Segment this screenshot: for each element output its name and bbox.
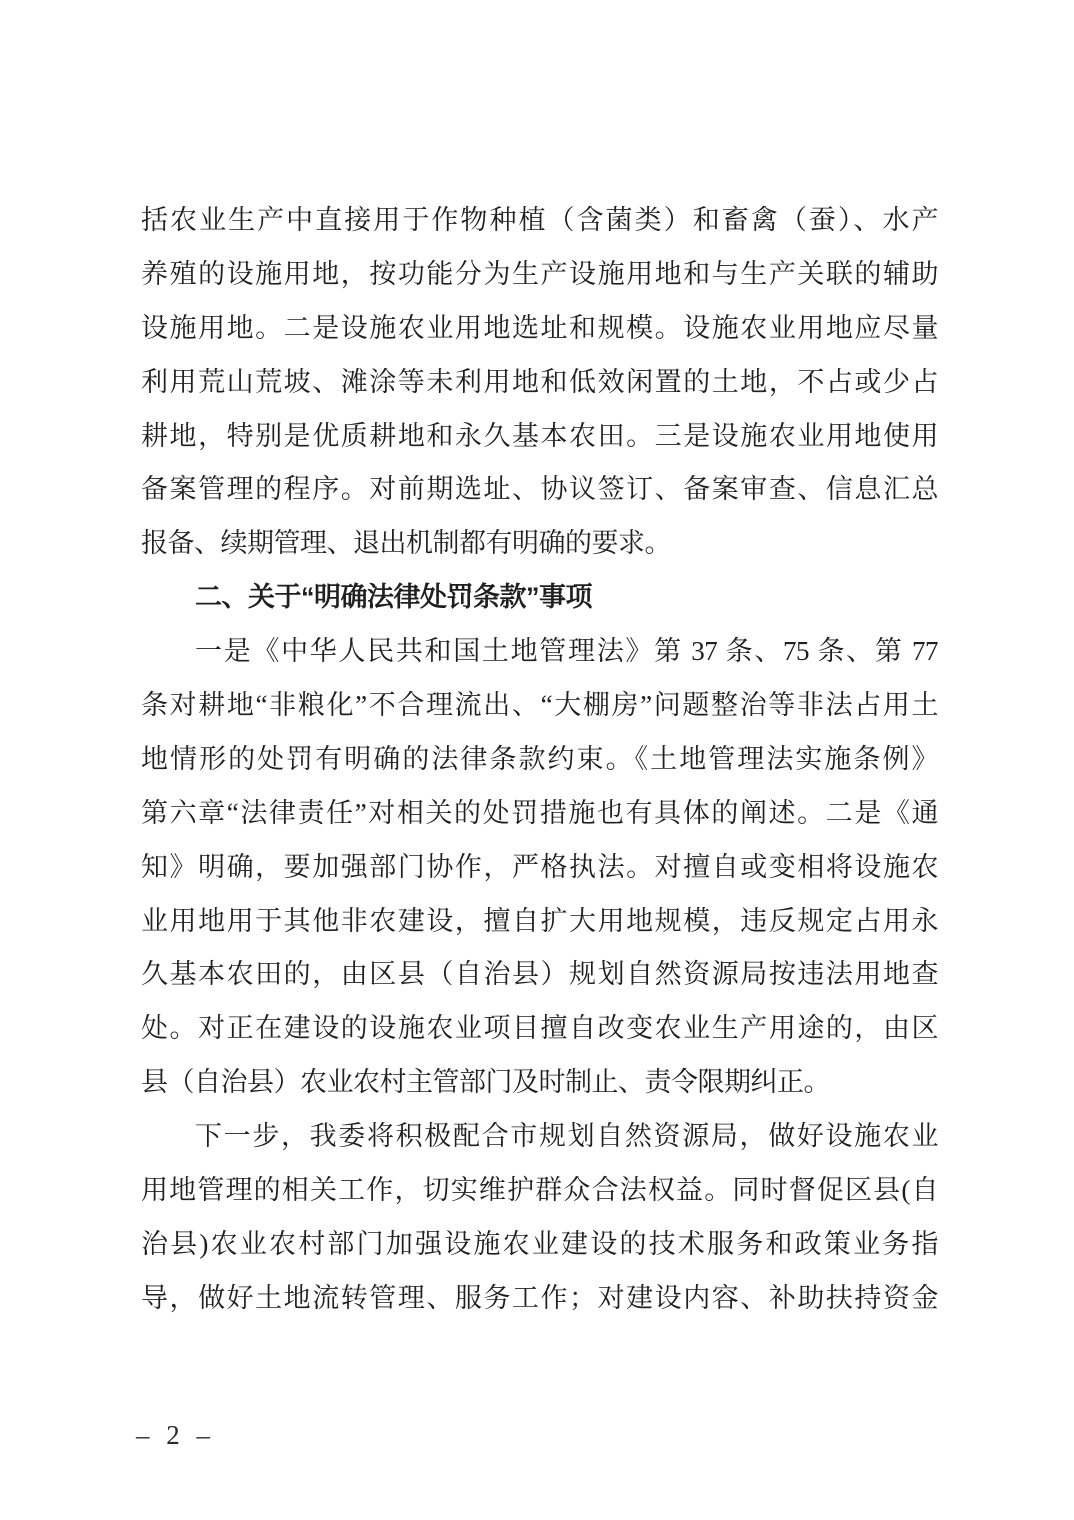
text-line: 设施用地。二是设施农业用地选址和规模。设施农业用地应尽量 — [141, 302, 938, 356]
text-line: 利用荒山荒坡、滩涂等未利用地和低效闲置的土地，不占或少占 — [141, 356, 938, 410]
text-line: 下一步，我委将积极配合市规划自然资源局，做好设施农业 — [141, 1110, 938, 1164]
paragraph: 一是《中华人民共和国土地管理法》第 37 条、75 条、第 77条对耕地“非粮化… — [141, 625, 938, 1110]
text-line: 地情形的处罚有明确的法律条款约束。《土地管理法实施条例》 — [141, 733, 938, 787]
text-line: 治县)农业农村部门加强设施农业建设的技术服务和政策业务指 — [141, 1218, 938, 1272]
text-line: 久基本农田的，由区县（自治县）规划自然资源局按违法用地查 — [141, 948, 938, 1002]
text-line: 括农业生产中直接用于作物种植（含菌类）和畜禽（蚕）、水产 — [141, 194, 938, 248]
document-body: 括农业生产中直接用于作物种植（含菌类）和畜禽（蚕）、水产养殖的设施用地，按功能分… — [141, 194, 938, 1326]
section-heading-text: 二、关于“明确法律处罚条款”事项 — [141, 571, 938, 625]
text-line: 养殖的设施用地，按功能分为生产设施用地和与生产关联的辅助 — [141, 248, 938, 302]
text-line: 备案管理的程序。对前期选址、协议签订、备案审查、信息汇总 — [141, 463, 938, 517]
page-number: – 2 – — [136, 1408, 215, 1462]
paragraph: 括农业生产中直接用于作物种植（含菌类）和畜禽（蚕）、水产养殖的设施用地，按功能分… — [141, 194, 938, 571]
text-line: 县（自治县）农业农村主管部门及时制止、责令限期纠正。 — [141, 1056, 938, 1110]
text-line: 导，做好土地流转管理、服务工作；对建设内容、补助扶持资金 — [141, 1272, 938, 1326]
text-line: 知》明确，要加强部门协作，严格执法。对擅自或变相将设施农 — [141, 841, 938, 895]
text-line: 第六章“法律责任”对相关的处罚措施也有具体的阐述。二是《通 — [141, 787, 938, 841]
text-line: 一是《中华人民共和国土地管理法》第 37 条、75 条、第 77 — [141, 625, 938, 679]
document-page: 括农业生产中直接用于作物种植（含菌类）和畜禽（蚕）、水产养殖的设施用地，按功能分… — [0, 0, 1074, 1520]
text-line: 耕地，特别是优质耕地和永久基本农田。三是设施农业用地使用 — [141, 410, 938, 464]
text-line: 报备、续期管理、退出机制都有明确的要求。 — [141, 517, 938, 571]
text-line: 条对耕地“非粮化”不合理流出、“大棚房”问题整治等非法占用土 — [141, 679, 938, 733]
text-line: 业用地用于其他非农建设，擅自扩大用地规模，违反规定占用永 — [141, 895, 938, 949]
text-line: 处。对正在建设的设施农业项目擅自改变农业生产用途的，由区 — [141, 1002, 938, 1056]
section-heading: 二、关于“明确法律处罚条款”事项 — [141, 571, 938, 625]
paragraph: 下一步，我委将积极配合市规划自然资源局，做好设施农业用地管理的相关工作，切实维护… — [141, 1110, 938, 1326]
text-line: 用地管理的相关工作，切实维护群众合法权益。同时督促区县(自 — [141, 1164, 938, 1218]
